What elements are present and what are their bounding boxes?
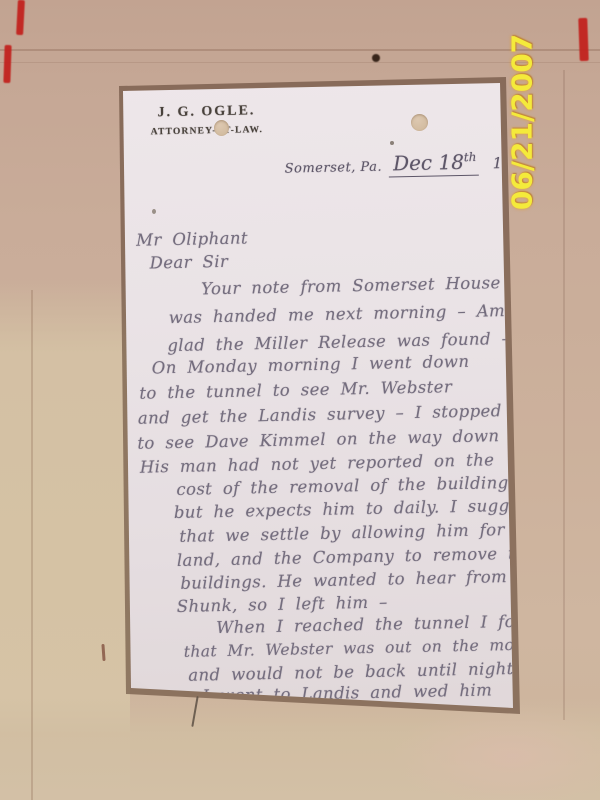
handwritten-line: cost of the removal of the buildings – (176, 472, 537, 499)
handwritten-line: that we settle by allowing him for the (179, 519, 544, 546)
dateline-date-suffix: th (464, 150, 477, 164)
handwritten-line: to see Dave Kimmel on the way down (137, 426, 499, 453)
dateline-place: Somerset, Pa. (285, 160, 383, 177)
paper-speck (390, 141, 394, 145)
wood-grain-line (31, 290, 33, 800)
handwritten-line: Shunk, so I left him – (177, 593, 388, 616)
handwritten-line: Dear Sir (149, 252, 228, 273)
punch-hole (214, 120, 229, 136)
red-mark (16, 0, 25, 35)
dateline-date-main: Dec 18 (393, 150, 464, 175)
letterhead-name: J. G. OGLE. (148, 103, 264, 121)
punch-hole (411, 114, 428, 131)
handwritten-line: but he expects him to daily. I suggested (174, 495, 557, 522)
handwritten-line: that Mr. Webster was out on the mountain (184, 635, 568, 661)
wood-speck (372, 54, 380, 62)
handwritten-line: was handed me next morning – Am (169, 301, 506, 327)
handwritten-line: Mr Oliphant (136, 228, 248, 249)
dateline: Somerset, Pa. Dec 18th 1883 (284, 148, 535, 177)
handwritten-line: Your note from Somerset House (201, 273, 501, 298)
letterhead-title: ATTORNEY-AT-LAW. (149, 125, 265, 137)
handwritten-line: His man had not yet reported on the (140, 450, 495, 476)
red-mark (3, 45, 11, 83)
wood-grain-line (563, 70, 565, 720)
letterhead: J. G. OGLE. ATTORNEY-AT-LAW. (148, 103, 265, 137)
handwritten-line: When I reached the tunnel I found (216, 611, 548, 637)
photo-of-letter: J. G. OGLE. ATTORNEY-AT-LAW. Somerset, P… (0, 0, 600, 800)
handwritten-line: land, and the Company to remove the (177, 543, 537, 570)
handwritten-line: to the tunnel to see Mr. Webster (139, 377, 452, 403)
dateline-date: Dec 18th (389, 150, 479, 178)
camera-timestamp: 06/21/2007 (506, 34, 539, 210)
paper-speck (152, 209, 156, 214)
handwritten-line: On Monday morning I went down (152, 352, 470, 378)
handwritten-line: buildings. He wanted to hear from (180, 567, 507, 593)
red-mark (578, 18, 588, 61)
handwritten-line: and get the Landis survey – I stopped (138, 401, 502, 428)
